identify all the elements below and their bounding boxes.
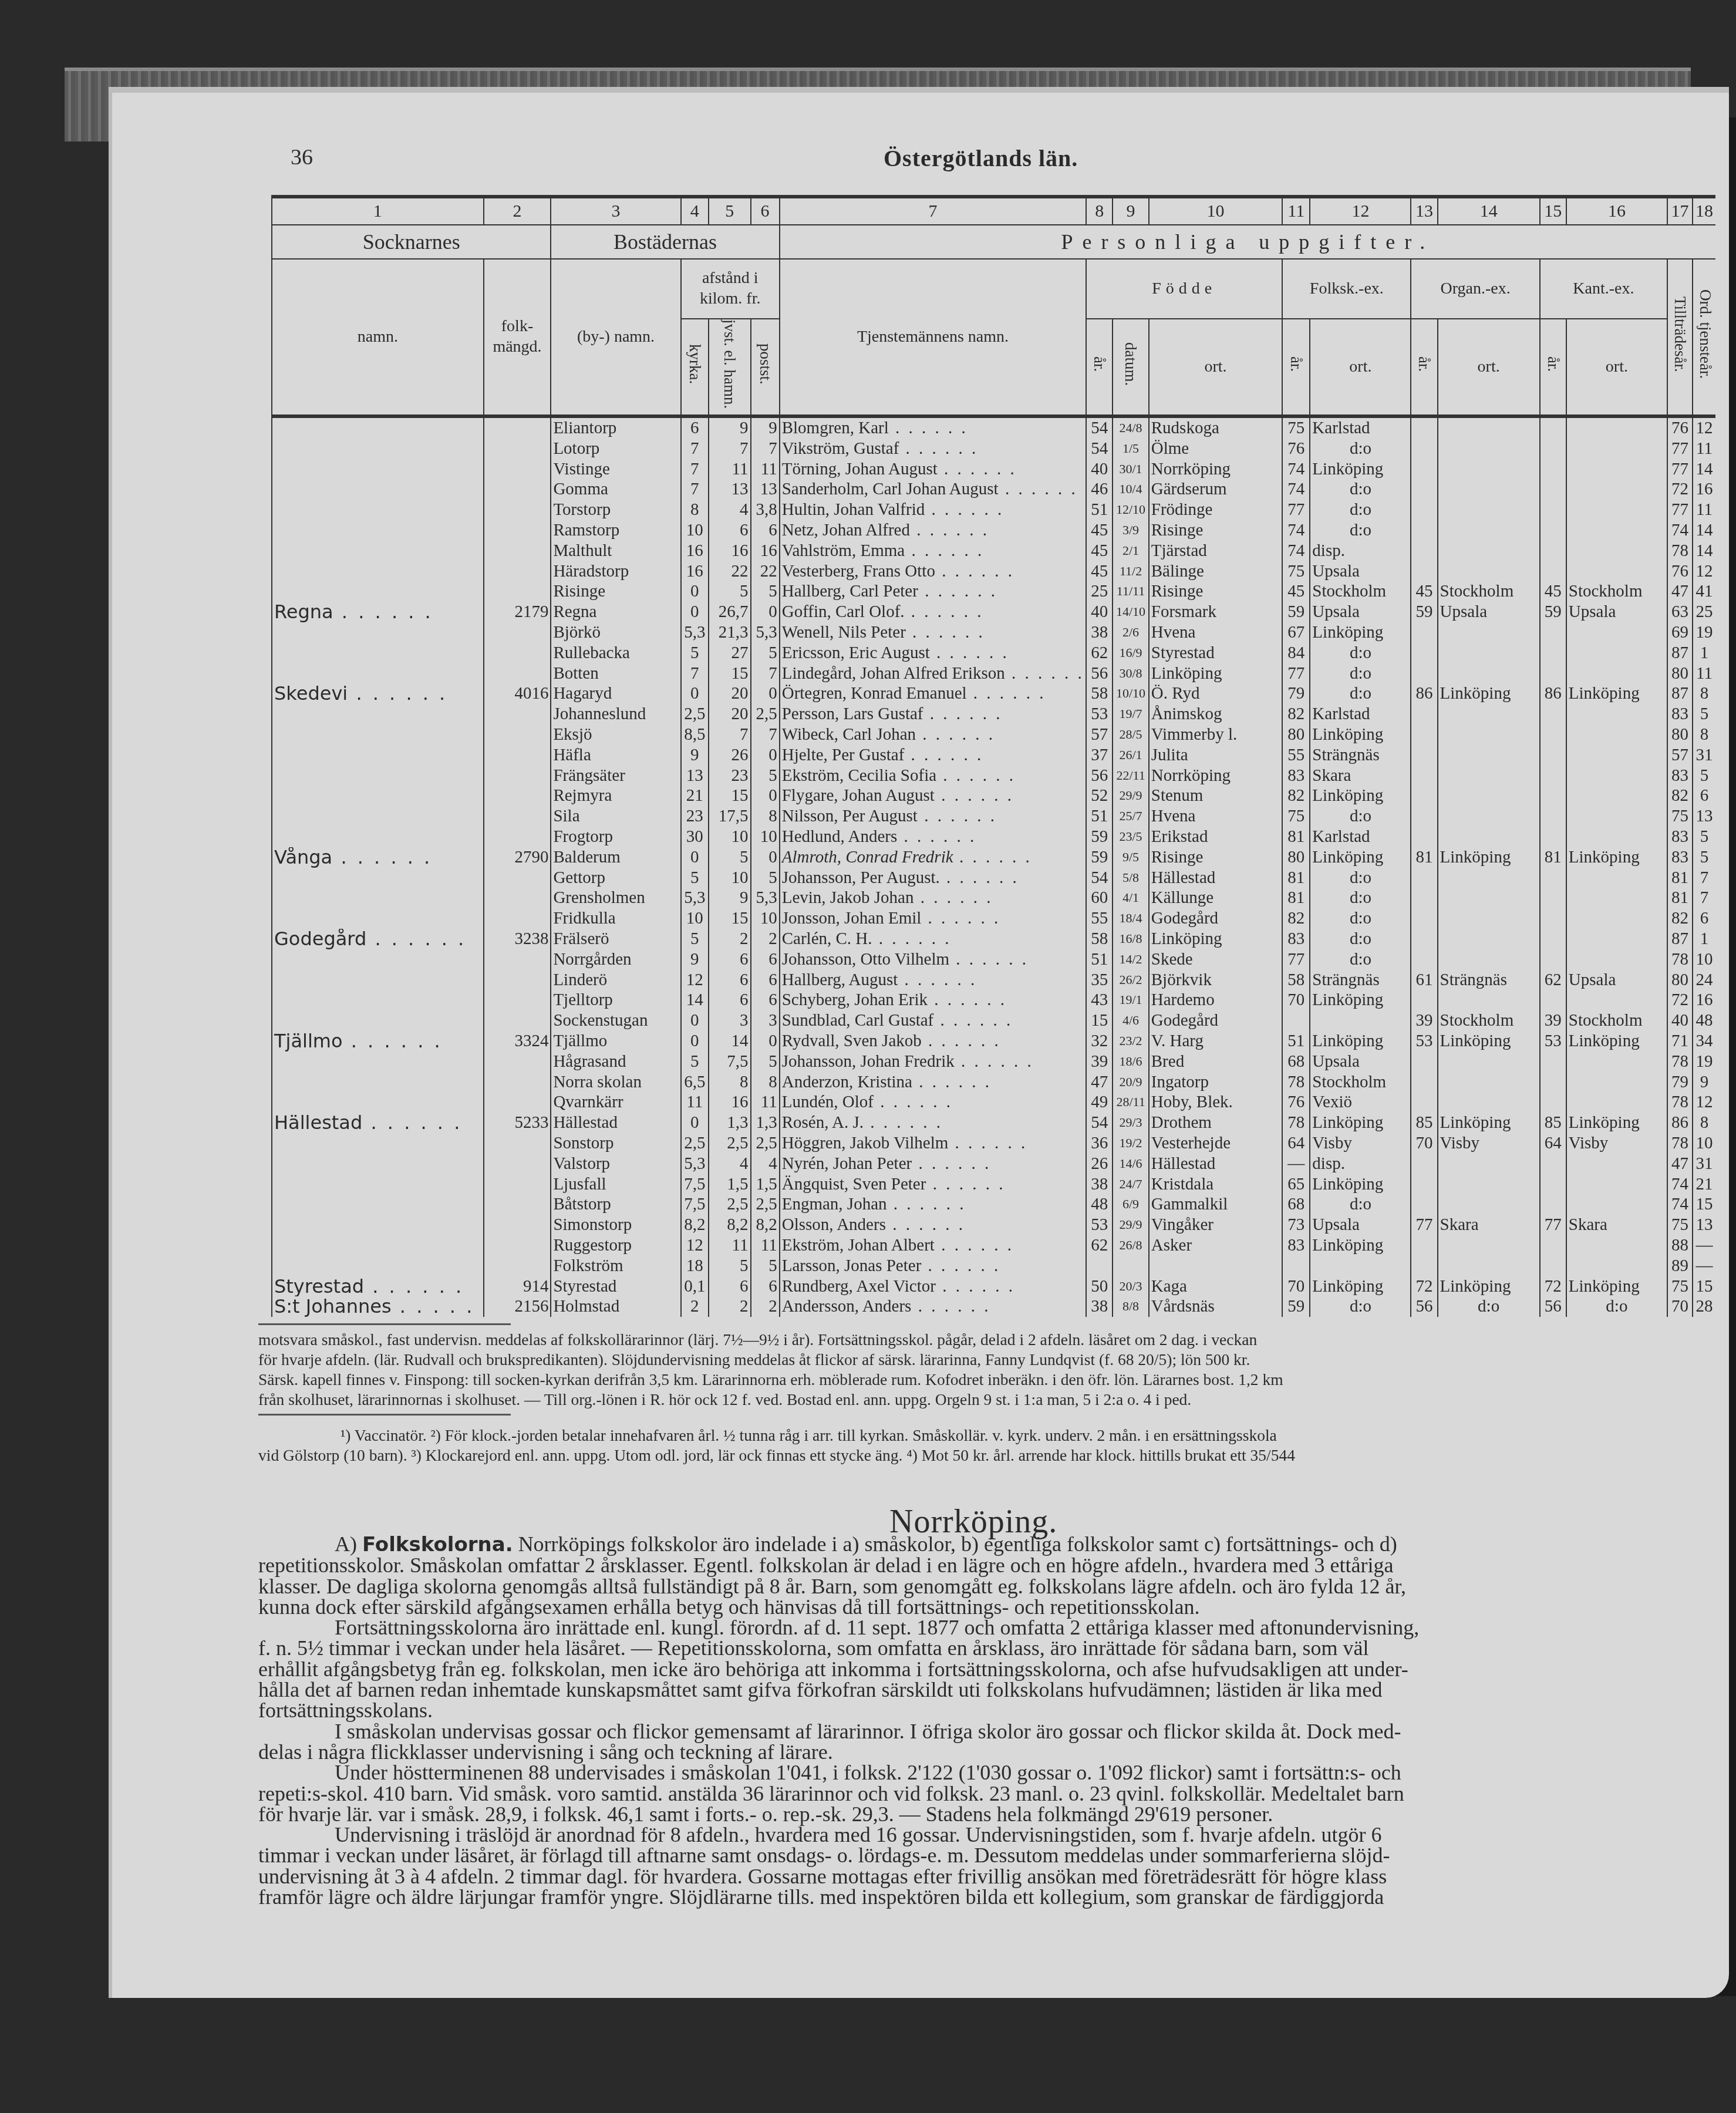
cell-tilltradesar: 80 (1667, 970, 1693, 990)
cell-organ-ar: 85 (1411, 1113, 1437, 1133)
cell-fodd-datum: 10/10 (1113, 683, 1148, 704)
cell-jvst: 20 (709, 704, 751, 724)
cell-organ-ort: Linköping (1438, 1031, 1540, 1052)
cell-folkmangd (484, 908, 551, 929)
cell-fodd-ar: 39 (1086, 1052, 1113, 1072)
cell-fodd-datum: 3/9 (1113, 520, 1148, 541)
cell-kant-ort (1566, 520, 1667, 541)
cell-kyrka: 23 (681, 806, 709, 827)
cell-organ-ar (1411, 745, 1437, 766)
cell-tilltradesar: 69 (1667, 622, 1693, 643)
cell-tjenstear: 28 (1693, 1296, 1715, 1317)
cell-tilltradesar: 76 (1667, 561, 1693, 582)
table-row: Häradstorp162222Vesterberg, Frans Otto45… (272, 561, 1715, 582)
cell-tilltradesar: 78 (1667, 541, 1693, 561)
cell-tjensteman-namn: Rosén, A. J. (780, 1113, 1087, 1133)
cell-folksk-ort: d:o (1310, 908, 1411, 929)
cell-organ-ort (1438, 990, 1540, 1010)
header-organ-ex: Organ.-ex. (1411, 259, 1539, 319)
cell-postst: 5 (751, 1256, 780, 1276)
cell-kant-ar (1540, 766, 1566, 786)
cell-postst: 8 (751, 1072, 780, 1093)
cell-organ-ort: Skara (1438, 1215, 1540, 1235)
cell-fodd-datum: 25/7 (1113, 806, 1148, 827)
cell-folksk-ort: d:o (1310, 806, 1411, 827)
cell-folksk-ar: 77 (1282, 500, 1310, 520)
cell-kyrka: 12 (681, 1235, 709, 1256)
cell-postst: 11 (751, 1235, 780, 1256)
cell-kant-ar (1540, 520, 1566, 541)
header-personliga-uppgifter: Personliga uppgifter. (780, 225, 1715, 259)
cell-fodd-datum: 28/11 (1113, 1092, 1148, 1113)
cell-by-namn: Hågrasand (551, 1052, 680, 1072)
cell-postst: 10 (751, 827, 780, 847)
cell-tilltradesar: 81 (1667, 888, 1693, 908)
cell-tjenstear: — (1693, 1256, 1715, 1276)
cell-fodd-datum: 2/6 (1113, 622, 1148, 643)
cell-jvst: 10 (709, 827, 751, 847)
table-row: Johanneslund2,5202,5Persson, Lars Gustaf… (272, 704, 1715, 724)
cell-kant-ort (1566, 704, 1667, 724)
cell-tjensteman-namn: Ekström, Cecilia Sofia (780, 766, 1087, 786)
cell-organ-ort: Linköping (1438, 1113, 1540, 1133)
cell-folksk-ar: 59 (1282, 1296, 1310, 1317)
column-number: 1 (272, 197, 484, 225)
cell-organ-ar (1411, 622, 1437, 643)
cell-jvst: 8 (709, 1072, 751, 1093)
cell-fodd-datum: 26/8 (1113, 1235, 1148, 1256)
cell-folksk-ar: 74 (1282, 479, 1310, 500)
cell-fodd-datum: 9/5 (1113, 847, 1148, 868)
cell-kant-ar: 72 (1540, 1276, 1566, 1297)
cell-fodd-datum: 29/9 (1113, 786, 1148, 806)
cell-tilltradesar: 89 (1667, 1256, 1693, 1276)
header-folksk-ar: år. (1282, 319, 1310, 416)
cell-kant-ort: Skara (1566, 1215, 1667, 1235)
header-folksk-ort: ort. (1310, 319, 1411, 416)
cell-organ-ar (1411, 459, 1437, 480)
cell-kant-ort: Upsala (1566, 970, 1667, 990)
cell-kant-ort (1566, 786, 1667, 806)
table-row: Grensholmen5,395,3Levin, Jakob Johan604/… (272, 888, 1715, 908)
cell-socken: Vånga (272, 847, 484, 868)
cell-kant-ar: 53 (1540, 1031, 1566, 1052)
header-fodde-ort: ort. (1149, 319, 1282, 416)
cell-socken (272, 1010, 484, 1031)
cell-folksk-ort: disp. (1310, 541, 1411, 561)
table-row: Fridkulla101510Jonsson, Johan Emil5518/4… (272, 908, 1715, 929)
cell-folksk-ort: d:o (1310, 439, 1411, 459)
cell-folksk-ort: d:o (1310, 949, 1411, 970)
cell-socken (272, 868, 484, 888)
cell-by-namn: Qvarnkärr (551, 1092, 680, 1113)
table-row: Linderö1266Hallberg, August3526/2Björkvi… (272, 970, 1715, 990)
cell-fodd-datum: 11/11 (1113, 581, 1148, 602)
cell-folksk-ort: Upsala (1310, 561, 1411, 582)
cell-folksk-ar: 76 (1282, 1092, 1310, 1113)
cell-fodd-datum: 29/3 (1113, 1113, 1148, 1133)
cell-kyrka: 9 (681, 745, 709, 766)
cell-tilltradesar: 72 (1667, 990, 1693, 1010)
cell-postst: 5 (751, 581, 780, 602)
cell-folksk-ort: Stockholm (1310, 1072, 1411, 1093)
cell-jvst: 2 (709, 929, 751, 949)
cell-kant-ar (1540, 806, 1566, 827)
cell-kant-ort (1566, 827, 1667, 847)
cell-kant-ort: Linköping (1566, 683, 1667, 704)
cell-folksk-ort (1310, 1010, 1411, 1031)
cell-folkmangd: 2179 (484, 602, 551, 622)
cell-organ-ar (1411, 704, 1437, 724)
cell-socken: Hällestad (272, 1113, 484, 1133)
cell-kant-ort (1566, 416, 1667, 439)
cell-kant-ar (1540, 1154, 1566, 1174)
cell-fodd-ar: 59 (1086, 847, 1113, 868)
table-row: Ljusfall7,51,51,5Ängquist, Sven Peter382… (272, 1174, 1715, 1195)
cell-kant-ar: 85 (1540, 1113, 1566, 1133)
cell-socken (272, 1072, 484, 1093)
cell-jvst: 23 (709, 766, 751, 786)
cell-tilltradesar: 81 (1667, 868, 1693, 888)
cell-tilltradesar: 47 (1667, 1154, 1693, 1174)
cell-socken: Skedevi (272, 683, 484, 704)
cell-by-namn: Grensholmen (551, 888, 680, 908)
header-fodde-datum: datum. (1113, 319, 1148, 416)
cell-tjenstear: 13 (1693, 806, 1715, 827)
cell-organ-ort (1438, 439, 1540, 459)
cell-socken: S:t Johannes (272, 1296, 484, 1317)
table-end-rule (258, 1323, 511, 1325)
cell-by-namn: Rullebacka (551, 643, 680, 663)
cell-postst: 0 (751, 1031, 780, 1052)
cell-tjenstear: 12 (1693, 561, 1715, 582)
cell-organ-ort (1438, 1072, 1540, 1093)
cell-organ-ar: 86 (1411, 683, 1437, 704)
cell-kant-ar (1540, 1174, 1566, 1195)
cell-folkmangd (484, 541, 551, 561)
cell-folksk-ort: Karlstad (1310, 827, 1411, 847)
footnote-line: ¹) Vaccinatör. ²) För klock.-jorden beta… (258, 1425, 1708, 1445)
cell-tjenstear: 34 (1693, 1031, 1715, 1052)
cell-kant-ort (1566, 643, 1667, 663)
cell-organ-ar (1411, 888, 1437, 908)
cell-tjenstear: 14 (1693, 520, 1715, 541)
cell-organ-ar (1411, 541, 1437, 561)
cell-folksk-ar: 76 (1282, 439, 1310, 459)
cell-kant-ort (1566, 1052, 1667, 1072)
cell-kyrka: 7 (681, 663, 709, 684)
cell-tjenstear: 10 (1693, 1133, 1715, 1154)
cell-socken (272, 745, 484, 766)
cell-jvst: 16 (709, 541, 751, 561)
cell-fodd-ar: 38 (1086, 1174, 1113, 1195)
cell-kant-ort (1566, 868, 1667, 888)
cell-kant-ar (1540, 561, 1566, 582)
cell-organ-ar: 56 (1411, 1296, 1437, 1317)
cell-tjenstear: 10 (1693, 949, 1715, 970)
cell-socken (272, 1194, 484, 1215)
cell-organ-ar (1411, 724, 1437, 745)
cell-fodd-ar: 45 (1086, 520, 1113, 541)
cell-postst: 11 (751, 1092, 780, 1113)
cell-tjensteman-namn: Wibeck, Carl Johan (780, 724, 1087, 745)
page-number: 36 (291, 144, 313, 170)
cell-folksk-ar: 75 (1282, 416, 1310, 439)
cell-organ-ort (1438, 1256, 1540, 1276)
cell-kant-ort (1566, 541, 1667, 561)
cell-fodd-ar: 46 (1086, 479, 1113, 500)
cell-kyrka: 5 (681, 1052, 709, 1072)
table-row: Skedevi4016Hagaryd0200Örtegren, Konrad E… (272, 683, 1715, 704)
cell-fodd-datum: 24/7 (1113, 1174, 1148, 1195)
cell-folksk-ar: 67 (1282, 622, 1310, 643)
cell-by-namn: Lotorp (551, 439, 680, 459)
cell-tjensteman-namn: Lundén, Olof (780, 1092, 1087, 1113)
cell-kant-ort (1566, 1235, 1667, 1256)
cell-tjensteman-namn: Schyberg, Johan Erik (780, 990, 1087, 1010)
cell-kant-ar (1540, 745, 1566, 766)
cell-folksk-ort: d:o (1310, 1194, 1411, 1215)
cell-fodd-datum: 19/2 (1113, 1133, 1148, 1154)
cell-fodd-ar: 62 (1086, 1235, 1113, 1256)
cell-organ-ort (1438, 745, 1540, 766)
cell-kant-ar: 59 (1540, 602, 1566, 622)
cell-folksk-ort: Karlstad (1310, 704, 1411, 724)
cell-postst: 7 (751, 439, 780, 459)
cell-kant-ar (1540, 1072, 1566, 1093)
cell-kant-ort (1566, 724, 1667, 745)
cell-jvst: 6 (709, 520, 751, 541)
cell-jvst: 5 (709, 847, 751, 868)
cell-tjensteman-namn: Engman, Johan (780, 1194, 1087, 1215)
cell-folksk-ar: 74 (1282, 541, 1310, 561)
cell-fodd-ar: 51 (1086, 500, 1113, 520)
cell-kant-ar (1540, 908, 1566, 929)
cell-fodd-ort: Frödinge (1149, 500, 1282, 520)
cell-folksk-ar: 45 (1282, 581, 1310, 602)
cell-by-namn: Malthult (551, 541, 680, 561)
column-number: 4 (681, 197, 709, 225)
cell-kant-ort (1566, 622, 1667, 643)
cell-folksk-ort: Upsala (1310, 1052, 1411, 1072)
cell-tjenstear: 11 (1693, 500, 1715, 520)
cell-kant-ar (1540, 1194, 1566, 1215)
table-row: Norrgården966Johansson, Otto Vilhelm5114… (272, 949, 1715, 970)
cell-jvst: 6 (709, 990, 751, 1010)
cell-by-namn: Häradstorp (551, 561, 680, 582)
cell-tjensteman-namn: Vesterberg, Frans Otto (780, 561, 1087, 582)
cell-folkmangd (484, 643, 551, 663)
cell-folksk-ort: d:o (1310, 520, 1411, 541)
para-line: erhållit afgångsbetyg från eg. folkskola… (258, 1659, 1714, 1680)
cell-folksk-ort: d:o (1310, 479, 1411, 500)
cell-kyrka: 6,5 (681, 1072, 709, 1093)
cell-kyrka: 12 (681, 970, 709, 990)
cell-tjenstear: 1 (1693, 643, 1715, 663)
cell-fodd-datum: 12/10 (1113, 500, 1148, 520)
cell-jvst: 15 (709, 908, 751, 929)
cell-kant-ar (1540, 663, 1566, 684)
cell-kant-ar (1540, 416, 1566, 439)
para-line: för hvarje lär. var i småsk. 28,9, i fol… (258, 1804, 1714, 1825)
cell-folksk-ort: Linköping (1310, 1031, 1411, 1052)
cell-folksk-ar: 75 (1282, 806, 1310, 827)
cell-tilltradesar: 87 (1667, 929, 1693, 949)
cell-jvst: 15 (709, 786, 751, 806)
cell-postst: 5 (751, 643, 780, 663)
footnote-line: vid Gölstorp (10 barn). ³) Klockarejord … (258, 1445, 1708, 1465)
cell-jvst: 10 (709, 868, 751, 888)
cell-socken (272, 1092, 484, 1113)
cell-folksk-ar: 83 (1282, 1235, 1310, 1256)
cell-kant-ort: d:o (1566, 1296, 1667, 1317)
cell-jvst: 2 (709, 1296, 751, 1317)
cell-kant-ar: 64 (1540, 1133, 1566, 1154)
cell-fodd-ort: Tjärstad (1149, 541, 1282, 561)
cell-organ-ort (1438, 416, 1540, 439)
cell-fodd-ort: Norrköping (1149, 459, 1282, 480)
cell-tjensteman-namn: Hjelte, Per Gustaf (780, 745, 1087, 766)
cell-organ-ort (1438, 541, 1540, 561)
cell-jvst: 7 (709, 724, 751, 745)
cell-fodd-ar: 57 (1086, 724, 1113, 745)
cell-fodd-ar: 43 (1086, 990, 1113, 1010)
cell-organ-ar (1411, 1174, 1437, 1195)
cell-folksk-ar: 65 (1282, 1174, 1310, 1195)
cell-organ-ar: 61 (1411, 970, 1437, 990)
cell-jvst: 2,5 (709, 1194, 751, 1215)
cell-folkmangd (484, 868, 551, 888)
cell-tjensteman-namn: Blomgren, Karl (780, 416, 1087, 439)
cell-by-namn: Sonstorp (551, 1133, 680, 1154)
cell-kyrka: 10 (681, 520, 709, 541)
cell-postst: 2 (751, 1296, 780, 1317)
cell-fodd-ar: 40 (1086, 459, 1113, 480)
cell-fodd-ort: Kaga (1149, 1276, 1282, 1297)
cell-jvst: 22 (709, 561, 751, 582)
cell-fodd-datum: 14/6 (1113, 1154, 1148, 1174)
cell-organ-ar: 72 (1411, 1276, 1437, 1297)
cell-folksk-ar: 80 (1282, 724, 1310, 745)
cell-organ-ar: 81 (1411, 847, 1437, 868)
cell-tjenstear: 48 (1693, 1010, 1715, 1031)
cell-postst: 2,5 (751, 704, 780, 724)
cell-folksk-ort: Strängnäs (1310, 970, 1411, 990)
cell-by-namn: Balderum (551, 847, 680, 868)
cell-tjenstear: 14 (1693, 459, 1715, 480)
cell-postst: 0 (751, 602, 780, 622)
cell-fodd-datum: 26/1 (1113, 745, 1148, 766)
cell-folkmangd (484, 581, 551, 602)
cell-tilltradesar: 78 (1667, 1133, 1693, 1154)
cell-fodd-ar: 54 (1086, 868, 1113, 888)
cell-kant-ar (1540, 1092, 1566, 1113)
table-row: Hällestad5233Hällestad01,31,3Rosén, A. J… (272, 1113, 1715, 1133)
cell-kyrka: 0 (681, 1031, 709, 1052)
cell-fodd-datum: 29/9 (1113, 1215, 1148, 1235)
cell-postst: 1,5 (751, 1174, 780, 1195)
cell-folksk-ar: 68 (1282, 1194, 1310, 1215)
cell-postst: 6 (751, 990, 780, 1010)
cell-postst: 5,3 (751, 622, 780, 643)
cell-tjenstear: 8 (1693, 1113, 1715, 1133)
cell-organ-ar (1411, 500, 1437, 520)
cell-by-namn: Valstorp (551, 1154, 680, 1174)
cell-fodd-datum: 20/9 (1113, 1072, 1148, 1093)
column-number-row: 123456789101112131415161718 (272, 197, 1715, 225)
cell-postst: 2 (751, 929, 780, 949)
table-row: Vistinge71111Törning, Johan August4030/1… (272, 459, 1715, 480)
cell-organ-ort (1438, 520, 1540, 541)
cell-tilltradesar: 80 (1667, 663, 1693, 684)
cell-fodd-ar: 15 (1086, 1010, 1113, 1031)
para-line: fortsättningsskolans. (258, 1700, 1714, 1721)
cell-tjenstear: — (1693, 1235, 1715, 1256)
cell-by-namn: Regna (551, 602, 680, 622)
cell-fodd-datum: 19/1 (1113, 990, 1148, 1010)
cell-tjensteman-namn: Olsson, Anders (780, 1215, 1087, 1235)
cell-tjensteman-namn: Sanderholm, Carl Johan August (780, 479, 1087, 500)
cell-folksk-ort: d:o (1310, 500, 1411, 520)
table-row: Båtstorp7,52,52,5Engman, Johan486/9Gamma… (272, 1194, 1715, 1215)
cell-tilltradesar: 78 (1667, 1052, 1693, 1072)
cell-folksk-ort: Linköping (1310, 786, 1411, 806)
header-fodde-ar: år. (1086, 319, 1113, 416)
cell-socken (272, 1154, 484, 1174)
cell-tjenstear: 8 (1693, 724, 1715, 745)
cell-fodd-datum: 10/4 (1113, 479, 1148, 500)
cell-fodd-ort: Bälinge (1149, 561, 1282, 582)
column-number: 7 (780, 197, 1087, 225)
column-number: 12 (1310, 197, 1411, 225)
sub-header-row-1: namn. folk-mängd. (by-) namn. afstånd i … (272, 259, 1715, 319)
cell-socken (272, 1235, 484, 1256)
cell-fodd-ort: Skede (1149, 949, 1282, 970)
cell-kant-ort (1566, 949, 1667, 970)
cell-folksk-ar: 81 (1282, 827, 1310, 847)
cell-folkmangd (484, 500, 551, 520)
cell-kyrka: 2,5 (681, 704, 709, 724)
cell-organ-ort (1438, 561, 1540, 582)
cell-fodd-ort: Vimmerby l. (1149, 724, 1282, 745)
para-line: kunna dock efter särskild afgångsexamen … (258, 1597, 1714, 1617)
cell-tjenstear: 6 (1693, 786, 1715, 806)
table-row: Styrestad914Styrestad0,166Rundberg, Axel… (272, 1276, 1715, 1297)
cell-tilltradesar: 83 (1667, 827, 1693, 847)
cell-socken (272, 1174, 484, 1195)
cell-jvst: 20 (709, 683, 751, 704)
cell-fodd-ort: Hardemo (1149, 990, 1282, 1010)
cell-fodd-datum: 5/8 (1113, 868, 1148, 888)
para-line: f. n. 5½ timmar i veckan under hela läså… (258, 1638, 1714, 1659)
cell-folkmangd (484, 1174, 551, 1195)
cell-folksk-ar: 77 (1282, 663, 1310, 684)
table-row: Regna2179Regna026,70Goffin, Carl Olof.40… (272, 602, 1715, 622)
cell-kant-ort (1566, 990, 1667, 1010)
cell-folkmangd (484, 745, 551, 766)
cell-folksk-ort: Linköping (1310, 847, 1411, 868)
cell-fodd-datum: 16/8 (1113, 929, 1148, 949)
cell-fodd-ort: Björkvik (1149, 970, 1282, 990)
para-line: repetitionsskolor. Småskolan omfattar 2 … (258, 1555, 1714, 1576)
cell-kant-ort: Linköping (1566, 1276, 1667, 1297)
cell-jvst: 27 (709, 643, 751, 663)
column-number: 15 (1540, 197, 1566, 225)
cell-fodd-ort: Hoby, Blek. (1149, 1092, 1282, 1113)
cell-kant-ar (1540, 990, 1566, 1010)
cell-fodd-ar: 53 (1086, 704, 1113, 724)
cell-organ-ort (1438, 827, 1540, 847)
